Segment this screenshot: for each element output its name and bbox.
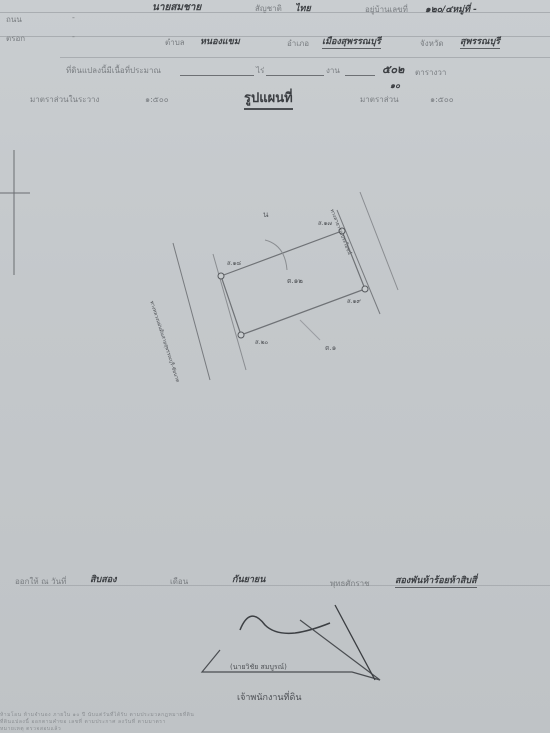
fine-print-line: หมายเหตุ ตรวจสอบแล้ว [0,725,61,733]
signature-icon [0,0,550,733]
signer-name: (นายวิชัย สมบูรณ์) [230,662,287,673]
signer-title: เจ้าพนักงานที่ดิน [237,690,301,704]
